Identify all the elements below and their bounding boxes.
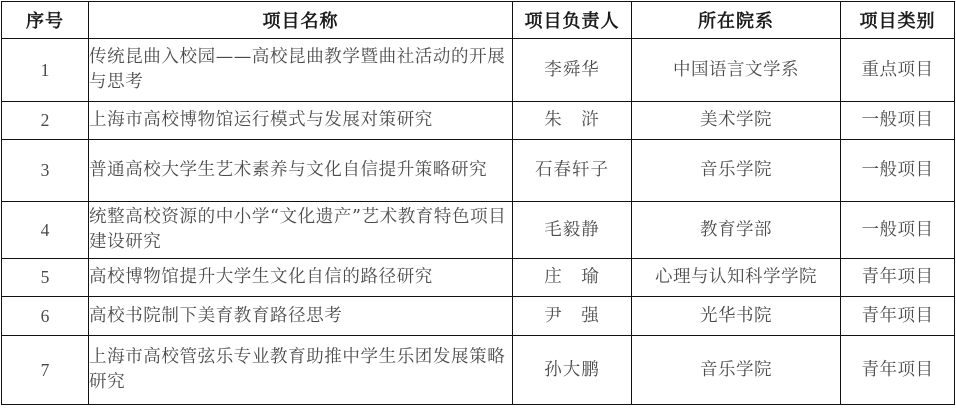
cell-index: 4 [2,202,89,259]
lead-name: 毛毅静 [544,220,600,240]
cell-index: 2 [2,102,89,140]
cell-index: 7 [2,336,89,405]
cell-project-lead: 庄 瑜 [513,259,632,297]
cell-category: 一般项目 [841,140,955,202]
cell-project-lead: 石春轩子 [513,140,632,202]
cell-department: 心理与认知科学学院 [632,259,841,297]
cell-category: 青年项目 [841,259,955,297]
lead-name: 孙大鹏 [544,360,600,380]
cell-index: 5 [2,259,89,297]
cell-index: 1 [2,39,89,102]
cell-department: 音乐学院 [632,336,841,405]
header-project-lead: 项目负责人 [513,2,632,39]
cell-department: 光华书院 [632,297,841,336]
cell-department: 教育学部 [632,202,841,259]
header-index: 序号 [2,2,89,39]
cell-project-lead: 李舜华 [513,39,632,102]
table-row: 6 高校书院制下美育教育路径思考 尹 强 光华书院 青年项目 [2,297,955,336]
lead-name: 朱 浒 [544,110,600,130]
cell-department: 美术学院 [632,102,841,140]
table-row: 3 普通高校大学生艺术素养与文化自信提升策略研究 石春轩子 音乐学院 一般项目 [2,140,955,202]
lead-name: 尹 强 [544,306,600,326]
cell-department: 音乐学院 [632,140,841,202]
cell-category: 青年项目 [841,297,955,336]
table-row: 2 上海市高校博物馆运行模式与发展对策研究 朱 浒 美术学院 一般项目 [2,102,955,140]
cell-project-lead: 尹 强 [513,297,632,336]
cell-project-name: 统整高校资源的中小学“文化遗产”艺术教育特色项目建设研究 [89,202,513,259]
table-row: 4 统整高校资源的中小学“文化遗产”艺术教育特色项目建设研究 毛毅静 教育学部 … [2,202,955,259]
lead-name: 石春轩子 [535,160,609,180]
cell-category: 青年项目 [841,336,955,405]
cell-category: 重点项目 [841,39,955,102]
cell-index: 6 [2,297,89,336]
cell-department: 中国语言文学系 [632,39,841,102]
projects-table: 序号 项目名称 项目负责人 所在院系 项目类别 1 传统昆曲入校园——高校昆曲教… [1,1,955,405]
header-project-name: 项目名称 [89,2,513,39]
cell-project-name: 高校书院制下美育教育路径思考 [89,297,513,336]
cell-project-lead: 毛毅静 [513,202,632,259]
cell-index: 3 [2,140,89,202]
cell-category: 一般项目 [841,102,955,140]
lead-name: 李舜华 [544,60,600,80]
header-department: 所在院系 [632,2,841,39]
header-category: 项目类别 [841,2,955,39]
lead-name: 庄 瑜 [544,267,600,287]
table-header-row: 序号 项目名称 项目负责人 所在院系 项目类别 [2,2,955,39]
table-row: 1 传统昆曲入校园——高校昆曲教学暨曲社活动的开展与思考 李舜华 中国语言文学系… [2,39,955,102]
cell-project-name: 传统昆曲入校园——高校昆曲教学暨曲社活动的开展与思考 [89,39,513,102]
table-row: 7 上海市高校管弦乐专业教育助推中学生乐团发展策略研究 孙大鹏 音乐学院 青年项… [2,336,955,405]
cell-category: 一般项目 [841,202,955,259]
cell-project-name: 普通高校大学生艺术素养与文化自信提升策略研究 [89,140,513,202]
cell-project-lead: 孙大鹏 [513,336,632,405]
cell-project-name: 高校博物馆提升大学生文化自信的路径研究 [89,259,513,297]
cell-project-name: 上海市高校博物馆运行模式与发展对策研究 [89,102,513,140]
cell-project-lead: 朱 浒 [513,102,632,140]
cell-project-name: 上海市高校管弦乐专业教育助推中学生乐团发展策略研究 [89,336,513,405]
table-row: 5 高校博物馆提升大学生文化自信的路径研究 庄 瑜 心理与认知科学学院 青年项目 [2,259,955,297]
